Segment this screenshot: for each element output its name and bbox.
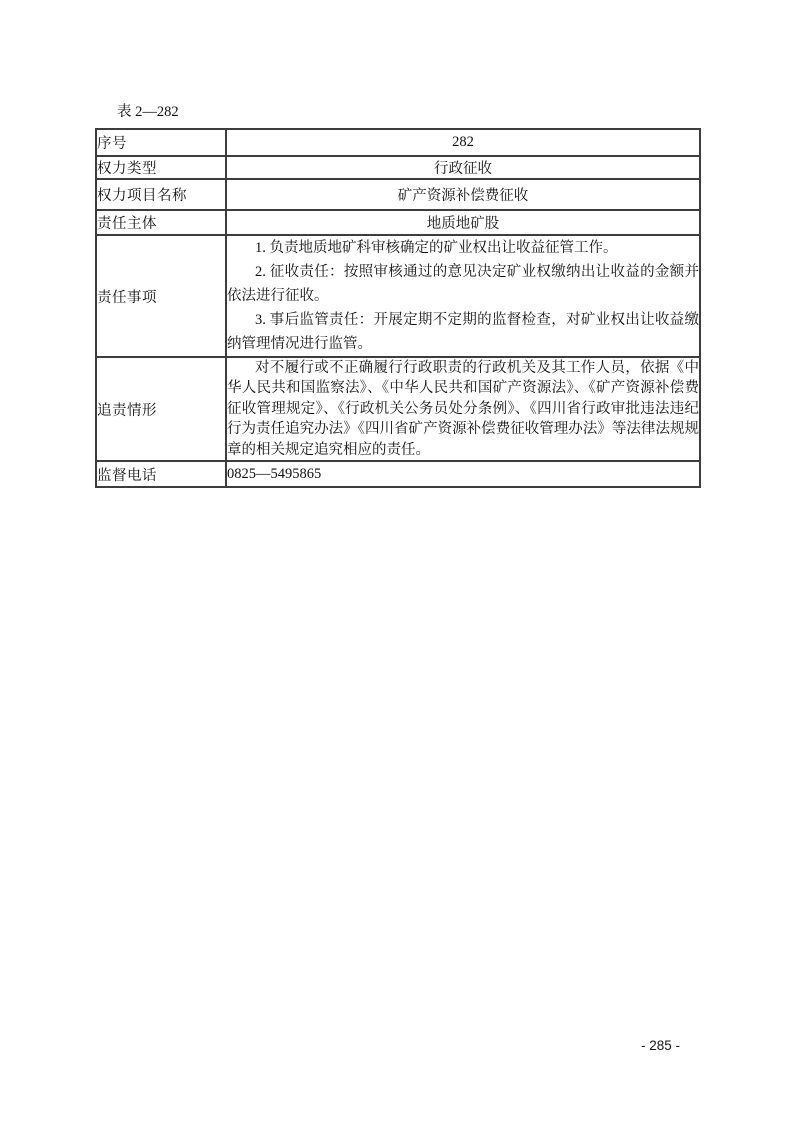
row-value: 行政征收 xyxy=(226,156,700,179)
row-label: 权力项目名称 xyxy=(96,179,226,210)
row-label: 权力类型 xyxy=(96,156,226,179)
responsibility-table: 序号 282 权力类型 行政征收 权力项目名称 矿产资源补偿费征收 责任主体 地… xyxy=(95,128,701,488)
row-label: 序号 xyxy=(96,129,226,156)
row-label: 追责情形 xyxy=(96,357,226,461)
row-value: 矿产资源补偿费征收 xyxy=(226,179,700,210)
row-value: 282 xyxy=(226,129,700,156)
table-row-supervision-phone: 监督电话 0825—5495865 xyxy=(96,461,700,487)
supervision-phone-number: 0825—5495865 xyxy=(226,461,700,487)
row-value: 1. 负责地质地矿科审核确定的矿业权出让收益征管工作。 2. 征收责任：按照审核… xyxy=(226,235,700,357)
table-row-serial-number: 序号 282 xyxy=(96,129,700,156)
row-label: 责任主体 xyxy=(96,210,226,235)
row-value: 地质地矿股 xyxy=(226,210,700,235)
row-value: 对不履行或不正确履行行政职责的行政机关及其工作人员，依据《中华人民共和国监察法》… xyxy=(226,357,700,461)
table-row-accountability-circumstances: 追责情形 对不履行或不正确履行行政职责的行政机关及其工作人员，依据《中华人民共和… xyxy=(96,357,700,461)
table-row-responsibility-items: 责任事项 1. 负责地质地矿科审核确定的矿业权出让收益征管工作。 2. 征收责任… xyxy=(96,235,700,357)
table-row-power-item-name: 权力项目名称 矿产资源补偿费征收 xyxy=(96,179,700,210)
row-label: 监督电话 xyxy=(96,461,226,487)
document-page: 表 2—282 序号 282 权力类型 行政征收 权力项目名称 矿产资源补偿费征… xyxy=(0,0,793,1122)
responsibility-item-1: 1. 负责地质地矿科审核确定的矿业权出让收益征管工作。 xyxy=(227,236,699,260)
row-label: 责任事项 xyxy=(96,235,226,357)
table-row-power-type: 权力类型 行政征收 xyxy=(96,156,700,179)
responsibility-item-3: 3. 事后监管责任：开展定期不定期的监督检查，对矿业权出让收益缴纳管理情况进行监… xyxy=(227,308,699,356)
table-row-responsible-body: 责任主体 地质地矿股 xyxy=(96,210,700,235)
accountability-paragraph: 对不履行或不正确履行行政职责的行政机关及其工作人员，依据《中华人民共和国监察法》… xyxy=(227,358,699,460)
table-caption: 表 2—282 xyxy=(117,103,179,121)
page-number: - 285 - xyxy=(641,1038,680,1053)
responsibility-item-2: 2. 征收责任：按照审核通过的意见决定矿业权缴纳出让收益的金额并依法进行征收。 xyxy=(227,260,699,308)
